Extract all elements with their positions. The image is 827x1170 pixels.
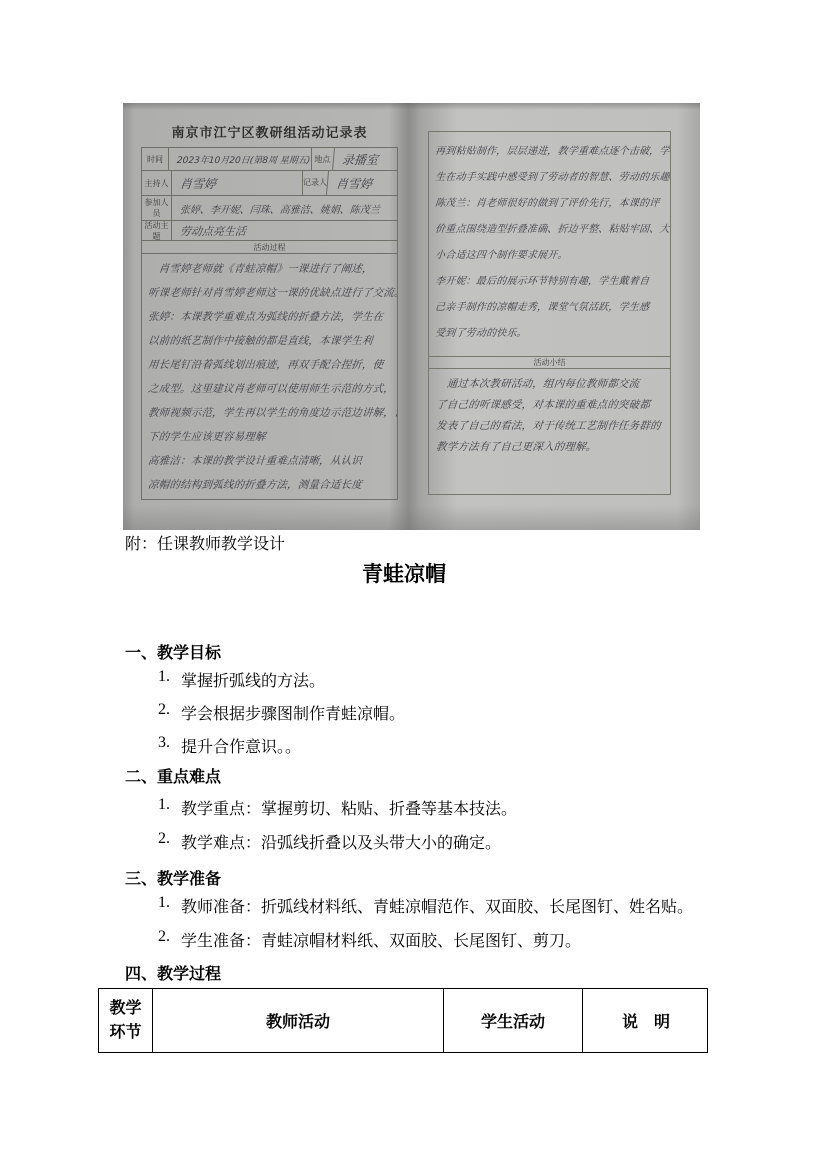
theme-label: 活动主题 xyxy=(142,221,172,240)
summary-notes: 通过本次教研活动，组内每位教师都交流 了自己的听课感受，对本课的重难点的突破都 … xyxy=(429,369,670,494)
item-text: 掌握折弧线的方法。 xyxy=(181,668,325,691)
handwritten-line: 高雅洁：本课的教学设计重难点清晰，从认识 xyxy=(147,449,394,473)
teaching-process-table: 教学 环节 教师活动 学生活动 说 明 xyxy=(98,988,708,1053)
section-heading-key-points: 二、重点难点 xyxy=(125,764,221,787)
handwritten-line: 凉帽的结构到弧线的折叠方法，测量合适长度 xyxy=(147,473,394,497)
record-book-right-page: 再到粘贴制作，层层递进，教学重难点逐个击破，学 生在动手实践中感受到了劳动者的智… xyxy=(428,131,671,495)
item-text: 教学重点：掌握剪切、粘贴、折叠等基本技法。 xyxy=(181,796,517,819)
list-item: 2. 学会根据步骤图制作青蛙凉帽。 xyxy=(158,701,405,724)
handwritten-line: 再到粘贴制作，层层递进，教学重难点逐个击破，学 xyxy=(434,139,668,165)
handwritten-line: 发表了自己的看法，对于传统工艺制作任务群的 xyxy=(435,416,667,437)
handwritten-line: 下的学生应该更容易理解 xyxy=(147,425,394,449)
list-item: 2. 教学难点：沿弧线折叠以及头带大小的确定。 xyxy=(158,830,501,853)
handwritten-line: 己亲手制作的凉帽走秀，课堂气氛活跃，学生感 xyxy=(434,295,668,321)
attachment-note: 附：任课教师教学设计 xyxy=(125,531,285,554)
process-section-label: 活动过程 xyxy=(142,241,397,254)
item-number: 1. xyxy=(158,668,181,691)
summary-section-label: 活动小结 xyxy=(429,356,670,369)
recorder-label: 记录人 xyxy=(302,171,327,195)
handwritten-line: 用长尾钉沿着弧线划出痕迹，再双手配合捏折，使 xyxy=(147,353,394,377)
time-label: 时间 xyxy=(142,148,169,170)
handwritten-line: 了自己的听课感受，对本课的重难点的突破都 xyxy=(435,395,667,416)
form-row-participants: 参加人员 张婷、李开妮、闫珠、高雅洁、姚娟、陈茂兰 xyxy=(142,196,397,221)
participants-value: 张婷、李开妮、闫珠、高雅洁、姚娟、陈茂兰 xyxy=(171,196,398,220)
table-header-student-activity: 学生活动 xyxy=(444,989,583,1052)
item-text: 提升合作意识。。 xyxy=(181,734,301,757)
record-form: 时间 2023年10月20日(第8周 星期五) 地点 录播室 主持人 肖雪婷 记… xyxy=(141,147,398,500)
table-header-notes: 说 明 xyxy=(583,989,709,1052)
item-number: 2. xyxy=(158,830,181,853)
photo-top-edge xyxy=(123,103,700,110)
table-header-stage-line1: 教学 xyxy=(109,1001,141,1017)
item-number: 1. xyxy=(158,796,181,819)
item-text: 学生准备：青蛙凉帽材料纸、双面胶、长尾图钉、剪刀。 xyxy=(181,928,581,951)
handwritten-line: 受到了劳动的快乐。 xyxy=(434,321,668,347)
item-text: 教学难点：沿弧线折叠以及头带大小的确定。 xyxy=(181,830,501,853)
handwritten-line: 之成型。这里建议肖老师可以使用师生示范的方式， xyxy=(147,377,394,401)
handwritten-line: 肖雪婷老师就《青蛙凉帽》一课进行了阐述， xyxy=(147,257,394,281)
form-row-time-place: 时间 2023年10月20日(第8周 星期五) 地点 录播室 xyxy=(142,148,397,171)
handwritten-line: 价重点围绕造型折叠准确、折边平整、粘贴牢固、大 xyxy=(434,217,668,243)
handwritten-line: 教学方法有了自己更深入的理解。 xyxy=(435,437,667,458)
list-item: 3. 提升合作意识。。 xyxy=(158,734,301,757)
form-row-host-recorder: 主持人 肖雪婷 记录人 肖雪婷 xyxy=(142,171,397,196)
record-form-title: 南京市江宁区教研组活动记录表 xyxy=(141,122,398,141)
table-header-stage: 教学 环节 xyxy=(99,989,153,1052)
process-notes: 肖雪婷老师就《青蛙凉帽》一课进行了阐述， 听课老师针对肖雪婷老师这一课的优缺点进… xyxy=(142,254,397,499)
list-item: 1. 教师准备：折弧线材料纸、青蛙凉帽范作、双面胶、长尾图钉、姓名贴。 xyxy=(158,894,693,917)
place-label: 地点 xyxy=(311,148,334,170)
theme-value: 劳动点亮生活 xyxy=(171,221,398,240)
host-label: 主持人 xyxy=(142,171,172,195)
handwritten-line: 陈茂兰：肖老师很好的做到了评价先行，本课的评 xyxy=(434,191,668,217)
form-row-theme: 活动主题 劳动点亮生活 xyxy=(142,221,397,241)
time-value: 2023年10月20日(第8周 星期五) xyxy=(168,148,311,170)
process-notes-continued: 再到粘贴制作，层层递进，教学重难点逐个击破，学 生在动手实践中感受到了劳动者的智… xyxy=(429,132,670,355)
item-text: 教师准备：折弧线材料纸、青蛙凉帽范作、双面胶、长尾图钉、姓名贴。 xyxy=(181,894,693,917)
table-header-stage-line2: 环节 xyxy=(109,1025,141,1041)
page-title: 青蛙凉帽 xyxy=(98,558,710,588)
handwritten-line: 以前的纸艺制作中接触的都是直线，本课学生利 xyxy=(147,329,394,353)
section-heading-preparation: 三、教学准备 xyxy=(125,866,221,889)
recorder-value: 肖雪婷 xyxy=(326,171,398,195)
handwritten-line: 李开妮：最后的展示环节特别有趣，学生戴着自 xyxy=(434,269,668,295)
handwritten-line: 听课老师针对肖雪婷老师这一课的优缺点进行了交流。 xyxy=(147,281,394,305)
section-heading-objectives: 一、教学目标 xyxy=(125,640,221,663)
handwritten-line: 生在动手实践中感受到了劳动者的智慧、劳动的乐趣。 xyxy=(434,165,668,191)
item-number: 1. xyxy=(158,894,181,917)
item-text: 学会根据步骤图制作青蛙凉帽。 xyxy=(181,701,405,724)
item-number: 2. xyxy=(158,928,181,951)
photo-bottom-edge xyxy=(123,505,700,530)
section-heading-process: 四、教学过程 xyxy=(125,961,221,984)
handwritten-line: 张婷：本课教学重难点为弧线的折叠方法，学生在 xyxy=(147,305,394,329)
handwritten-line: 通过本次教研活动，组内每位教师都交流 xyxy=(435,374,667,395)
item-number: 3. xyxy=(158,734,181,757)
record-book-photo: 南京市江宁区教研组活动记录表 时间 2023年10月20日(第8周 星期五) 地… xyxy=(123,103,700,530)
list-item: 1. 教学重点：掌握剪切、粘贴、折叠等基本技法。 xyxy=(158,796,517,819)
item-number: 2. xyxy=(158,701,181,724)
list-item: 2. 学生准备：青蛙凉帽材料纸、双面胶、长尾图钉、剪刀。 xyxy=(158,928,581,951)
place-value: 录播室 xyxy=(332,148,398,170)
list-item: 1. 掌握折弧线的方法。 xyxy=(158,668,325,691)
participants-label: 参加人员 xyxy=(142,196,172,220)
handwritten-line: 教师视频示范，学生再以学生的角度边示范边讲解，台 xyxy=(147,401,394,425)
table-header-teacher-activity: 教师活动 xyxy=(153,989,444,1052)
handwritten-line: 小合适这四个制作要求展开。 xyxy=(434,243,668,269)
host-value: 肖雪婷 xyxy=(171,171,303,195)
